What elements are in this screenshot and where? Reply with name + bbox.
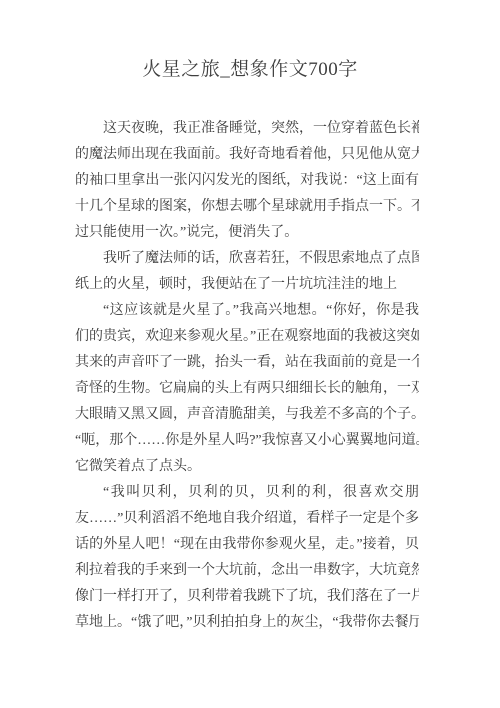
paragraph-2: 我听了魔法师的话，欣喜若狂，不假思索地点了点图 纸上的火星，顿时，我便站在了一片… [75,246,419,298]
text-line: 它微笑着点了点头。 [75,454,419,480]
text-line: 纸上的火星，顿时，我便站在了一片坑坑洼洼的地上 [75,272,419,298]
essay-body: 这天夜晚，我正准备睡觉，突然，一位穿着蓝色长袍 的魔法师出现在我面前。我好奇地看… [75,116,419,636]
paragraph-1: 这天夜晚，我正准备睡觉，突然，一位穿着蓝色长袍 的魔法师出现在我面前。我好奇地看… [75,116,419,246]
text-line: 的袖口里拿出一张闪闪发光的图纸，对我说：“这上面有 [75,168,419,194]
text-line: 大眼睛又黑又圆，声音清脆甜美，与我差不多高的个子。 [75,402,419,428]
text-line: 的魔法师出现在我面前。我好奇地看着他，只见他从宽大 [75,142,419,168]
text-line: “这应该就是火星了。”我高兴地想。“你好，你是我 [75,298,419,324]
text-line: 们的贵宾，欢迎来参观火星。”正在观察地面的我被这突如 [75,324,419,350]
text-line: “我叫贝利，贝利的贝，贝利的利，很喜欢交朋 [75,480,419,506]
document-page: 火星之旅_想象作文700字 这天夜晚，我正准备睡觉，突然，一位穿着蓝色长袍 的魔… [0,0,500,708]
text-line: 像门一样打开了，贝利带着我跳下了坑，我们落在了一片 [75,584,419,610]
text-line: 话的外星人吧！“现在由我带你参观火星，走。”接着，贝 [75,532,419,558]
text-line: 友……”贝利滔滔不绝地自我介绍道，看样子一定是个多 [75,506,419,532]
text-line: 草地上。“饿了吧，”贝利拍拍身上的灰尘，“我带你去餐厅 [75,610,419,636]
text-line: 十几个星球的图案，你想去哪个星球就用手指点一下。不 [75,194,419,220]
text-line: 其来的声音吓了一跳，抬头一看，站在我面前的竟是一个 [75,350,419,376]
paragraph-4: “我叫贝利，贝利的贝，贝利的利，很喜欢交朋 友……”贝利滔滔不绝地自我介绍道，看… [75,480,419,636]
essay-title: 火星之旅_想象作文700字 [0,56,500,84]
text-line: 过只能使用一次。”说完，便消失了。 [75,220,419,246]
text-line: 利拉着我的手来到一个大坑前，念出一串数字，大坑竟然 [75,558,419,584]
text-line: “呃，那个……你是外星人吗?”我惊喜又小心翼翼地问道。 [75,428,419,454]
paragraph-3: “这应该就是火星了。”我高兴地想。“你好，你是我 们的贵宾，欢迎来参观火星。”正… [75,298,419,480]
text-line: 我听了魔法师的话，欣喜若狂，不假思索地点了点图 [75,246,419,272]
text-line: 奇怪的生物。它扁扁的头上有两只细细长长的触角，一双 [75,376,419,402]
text-line: 这天夜晚，我正准备睡觉，突然，一位穿着蓝色长袍 [75,116,419,142]
